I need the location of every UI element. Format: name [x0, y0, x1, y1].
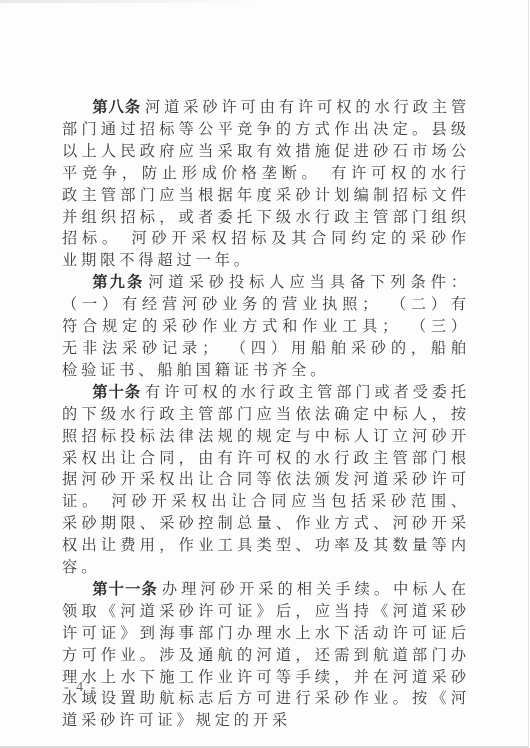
article-11-text: 办理河砂开采的相关手续。中标人在领取《河道采砂许可证》后，应当持《河道采砂许可证… [62, 580, 470, 729]
article-11-heading: 第十一条 [92, 580, 157, 598]
article-9-paragraph: 第九条河道采砂投标人应当具备下列条件： （一）有经营河砂业务的营业执照； （二）… [62, 272, 470, 382]
article-8-text: 河道采砂许可由有许可权的水行政主管部门通过招标等公平竞争的方式作出决定。县级以上… [62, 98, 470, 269]
article-11-paragraph: 第十一条办理河砂开采的相关手续。中标人在领取《河道采砂许可证》后，应当持《河道采… [62, 579, 470, 732]
article-9-heading: 第九条 [92, 273, 144, 291]
article-10-heading: 第十条 [92, 383, 141, 401]
article-8-paragraph: 第八条河道采砂许可由有许可权的水行政主管部门通过招标等公平竞争的方式作出决定。县… [62, 97, 470, 272]
document-page: 第八条河道采砂许可由有许可权的水行政主管部门通过招标等公平竞争的方式作出决定。县… [0, 0, 529, 748]
article-10-paragraph: 第十条有许可权的水行政主管部门或者受委托的下级水行政主管部门应当依法确定中标人，… [62, 382, 470, 579]
article-10-text: 有许可权的水行政主管部门或者受委托的下级水行政主管部门应当依法确定中标人，按照招… [62, 383, 470, 576]
scan-edge-shadow [0, 0, 260, 3]
document-body: 第八条河道采砂许可由有许可权的水行政主管部门通过招标等公平竞争的方式作出决定。县… [62, 97, 470, 732]
article-8-heading: 第八条 [92, 98, 141, 116]
page-number: - 4 - [64, 680, 97, 696]
